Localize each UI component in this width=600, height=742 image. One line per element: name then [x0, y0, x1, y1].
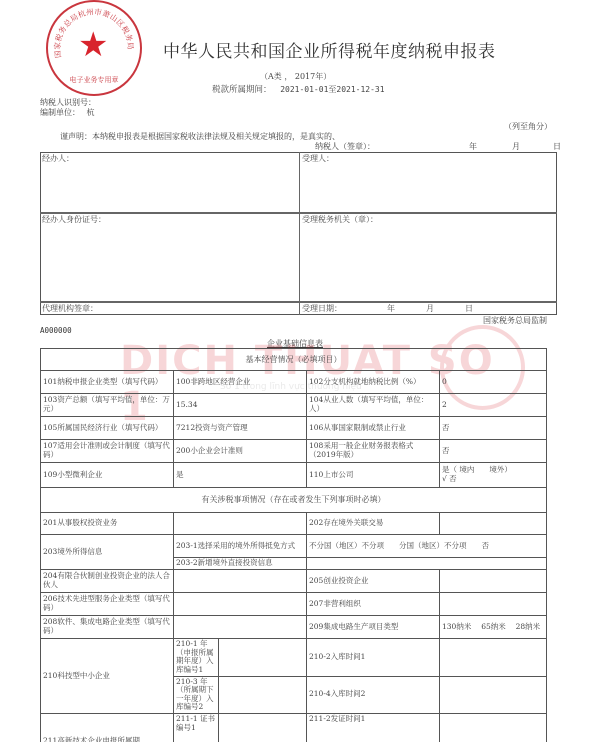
- row-sublabel: 211-1 证书编号1: [174, 714, 219, 742]
- table-row: 206技术先进型服务企业类型（填写代码） 207非营利组织: [41, 593, 547, 616]
- row-label: 208软件、集成电路企业类型（填写代码）: [41, 616, 174, 639]
- sign-year: 年: [469, 142, 477, 151]
- row-label: 210科技型中小企业: [41, 639, 174, 714]
- table-row: 201从事股权投资业务 202存在境外关联交易: [41, 513, 547, 535]
- row-sublabel: 210-4入库时间2: [307, 676, 440, 714]
- row-value[interactable]: [174, 513, 307, 535]
- table-row: 210科技型中小企业 210-1 年（申报所属期年度）入库编号1 210-2入库…: [41, 639, 547, 677]
- row-sublabel: 203-1选择采用的境外所得抵免方式: [174, 535, 307, 558]
- table-row: 211高新技术企业申报所属期 211-1 证书编号1 211-2发证时间1: [41, 714, 547, 742]
- row-label: 101纳税申报企业类型（填写代码）: [41, 371, 174, 394]
- handler-id-field[interactable]: 经办人身份证号：: [42, 215, 106, 224]
- table-row: 204有限合伙制创业投资企业的法人合伙人 205创业投资企业: [41, 570, 547, 593]
- row-value[interactable]: [440, 639, 547, 677]
- row-sublabel: 210-2入库时间1: [307, 639, 440, 677]
- table-row: 109小型微利企业 是 110上市公司 是（ 境内 境外） √ 否: [41, 463, 547, 488]
- row-value[interactable]: 15.34: [174, 394, 307, 417]
- row-value[interactable]: [174, 616, 307, 639]
- row-value[interactable]: [440, 513, 547, 535]
- sign-month: 月: [512, 142, 520, 151]
- row-label: 209集成电路生产项目类型: [307, 616, 440, 639]
- row-value[interactable]: [174, 570, 307, 593]
- table-row: 101纳税申报企业类型（填写代码） 100非跨地区经营企业 102分支机构就地纳…: [41, 371, 547, 394]
- row-value[interactable]: 130纳米 65纳米 28纳米: [440, 616, 547, 639]
- table-row: 203境外所得信息 203-1选择采用的境外所得抵免方式 不分国（地区）不分项 …: [41, 535, 547, 558]
- declaration-text: 谨声明：本纳税申报表是根据国家税收法律法规及相关规定填报的，是真实的、: [60, 132, 340, 141]
- section-tax-matters: 有关涉税事项情况（存在或者发生下列事项时必填）: [41, 488, 547, 513]
- row-sublabel: 203-2新增境外直接投资信息: [174, 558, 307, 570]
- issuer-note: 国家税务总局监制: [483, 316, 547, 325]
- row-value[interactable]: 7212投资与资产管理: [174, 417, 307, 440]
- row-label: 203境外所得信息: [41, 535, 174, 570]
- accept-year: 年: [387, 304, 395, 313]
- star-icon: ★: [78, 28, 108, 62]
- row-value[interactable]: 是（ 境内 境外） √ 否: [440, 463, 547, 488]
- row-value[interactable]: [440, 593, 547, 616]
- table-row: 105所属国民经济行业（填写代码） 7212投资与资产管理 106从事国家限制或…: [41, 417, 547, 440]
- tax-period-label: 税款所属期间：: [212, 85, 272, 95]
- row-label: 206技术先进型服务企业类型（填写代码）: [41, 593, 174, 616]
- compiler-unit: 编制单位： 杭: [40, 108, 95, 117]
- signing-divider: [299, 152, 300, 315]
- table-row: 103资产总额（填写平均值，单位：万元） 15.34 104从业人数（填写平均值…: [41, 394, 547, 417]
- official-seal: 国家税务总局杭州市萧山区税务局 电子业务专用章 ★: [46, 0, 142, 96]
- row-label: 103资产总额（填写平均值，单位：万元）: [41, 394, 174, 417]
- row-sublabel: 211-2发证时间1: [307, 714, 440, 742]
- accept-date-field[interactable]: 受理日期：: [302, 304, 342, 313]
- row-value[interactable]: [174, 593, 307, 616]
- row-sublabel: 210-1 年（申报所属期年度）入库编号1: [174, 639, 219, 677]
- table-row: 208软件、集成电路企业类型（填写代码） 209集成电路生产项目类型 130纳米…: [41, 616, 547, 639]
- svg-text:电子业务专用章: 电子业务专用章: [70, 75, 119, 84]
- form-title: 中华人民共和国企业所得税年度纳税申报表: [163, 43, 496, 63]
- unit-note: （列至角分）: [504, 122, 552, 131]
- accept-month: 月: [426, 304, 434, 313]
- row-label: 205创业投资企业: [307, 570, 440, 593]
- row-label: 107适用会计准则或会计制度（填写代码）: [41, 440, 174, 463]
- row-label: 202存在境外关联交易: [307, 513, 440, 535]
- agency-seal-field[interactable]: 代理机构签章：: [42, 304, 98, 313]
- row-value[interactable]: [307, 558, 547, 570]
- receiver-field[interactable]: 受理人：: [302, 154, 334, 163]
- row-label: 207非营利组织: [307, 593, 440, 616]
- row-value[interactable]: 2: [440, 394, 547, 417]
- row-label: 204有限合伙制创业投资企业的法人合伙人: [41, 570, 174, 593]
- signer-label: 纳税人（签章）：: [315, 142, 375, 151]
- row-label: 106从事国家限制或禁止行业: [307, 417, 440, 440]
- handler-field[interactable]: 经办人：: [42, 154, 74, 163]
- row-label: 109小型微利企业: [41, 463, 174, 488]
- tax-period: 税款所属期间： 2021-01-01至2021-12-31: [212, 85, 385, 96]
- taxpayer-id: 纳税人识别号：: [40, 98, 96, 107]
- compiler-label: 编制单位：: [40, 108, 80, 117]
- tax-period-value: 2021-01-01至2021-12-31: [280, 85, 384, 94]
- accept-day: 日: [465, 304, 473, 313]
- tax-office-field[interactable]: 受理税务机关（章）：: [302, 215, 378, 224]
- compiler-value: 杭: [87, 108, 95, 117]
- row-value[interactable]: 是: [174, 463, 307, 488]
- row-label: 110上市公司: [307, 463, 440, 488]
- row-value[interactable]: 不分国（地区）不分项 分国（地区）不分项 否: [307, 535, 547, 558]
- sign-day: 日: [553, 142, 561, 151]
- row-sublabel: 210-3 年（所属期下一年度）入库编号2: [174, 676, 219, 714]
- row-value[interactable]: 200小企业会计准则: [174, 440, 307, 463]
- row-value[interactable]: [219, 714, 307, 742]
- row-value[interactable]: [219, 639, 307, 677]
- row-value[interactable]: [440, 570, 547, 593]
- row-label: 201从事股权投资业务: [41, 513, 174, 535]
- row-value[interactable]: [440, 714, 547, 742]
- form-subtitle: （A类 ， 2017年）: [260, 72, 331, 81]
- row-value[interactable]: 否: [440, 417, 547, 440]
- row-value[interactable]: 否: [440, 440, 547, 463]
- signing-row-divider: [40, 212, 557, 214]
- signing-row-divider: [40, 301, 557, 303]
- enterprise-info-table: 基本经营情况（必填项目） 101纳税申报企业类型（填写代码） 100非跨地区经营…: [40, 348, 547, 742]
- row-label: 105所属国民经济行业（填写代码）: [41, 417, 174, 440]
- form-code: A000000: [40, 327, 72, 336]
- section-basic-operations: 基本经营情况（必填项目）: [41, 349, 547, 371]
- table-row: 107适用会计准则或会计制度（填写代码） 200小企业会计准则 108采用一般企…: [41, 440, 547, 463]
- row-label: 211高新技术企业申报所属期: [41, 714, 174, 742]
- row-label: 108采用一般企业财务报表格式（2019年版）: [307, 440, 440, 463]
- taxpayer-id-label: 纳税人识别号：: [40, 98, 96, 107]
- row-value[interactable]: 0: [440, 371, 547, 394]
- row-value[interactable]: [219, 676, 307, 714]
- row-label: 102分支机构就地纳税比例（%）: [307, 371, 440, 394]
- info-table-title: 企业基础信息表: [267, 339, 323, 348]
- row-label: 104从业人数（填写平均值，单位：人）: [307, 394, 440, 417]
- row-value[interactable]: 100非跨地区经营企业: [174, 371, 307, 394]
- row-value[interactable]: [440, 676, 547, 714]
